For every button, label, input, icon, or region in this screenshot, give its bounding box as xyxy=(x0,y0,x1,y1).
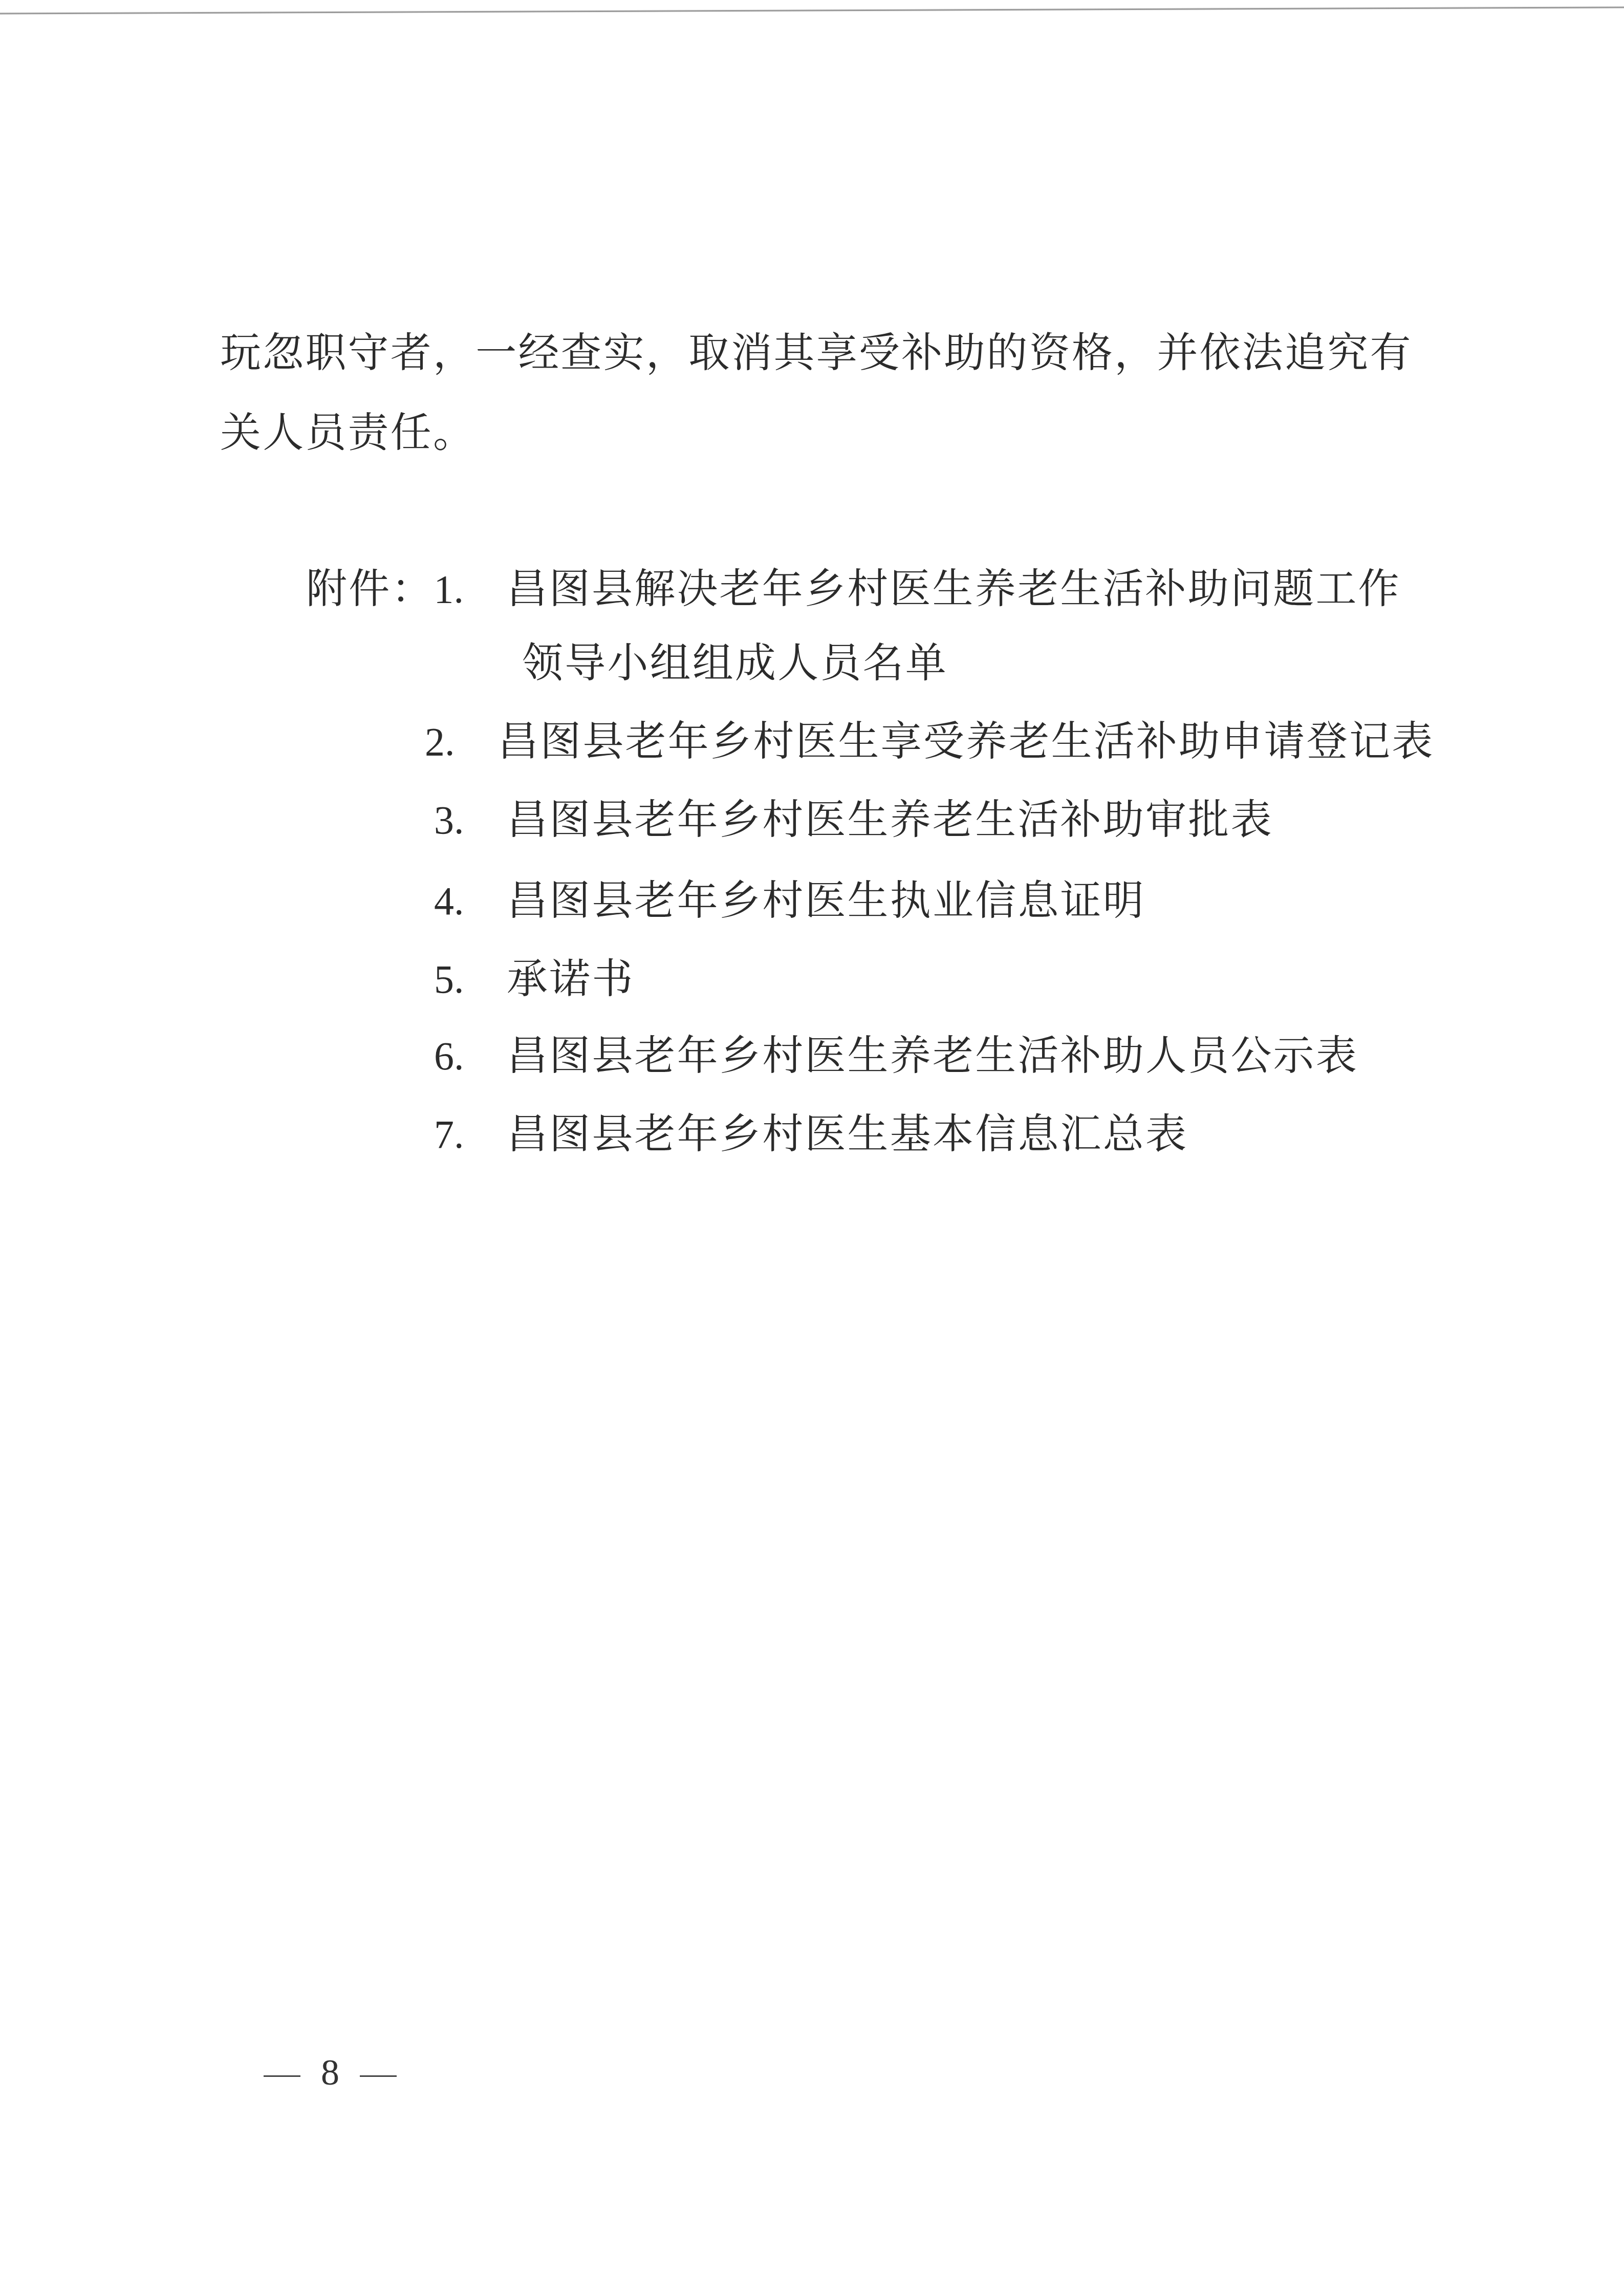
attachment-item-3: 3.昌图县老年乡村医生养老生活补助审批表 xyxy=(434,795,1273,845)
attachment-1-continuation: 领导小组组成人员名单 xyxy=(522,638,948,688)
attachment-number: 3. xyxy=(434,796,507,845)
attachment-text: 承诺书 xyxy=(507,955,635,1002)
attachment-number: 5. xyxy=(434,955,507,1004)
attachment-number: 6. xyxy=(434,1032,507,1081)
attachment-item-2: 2.昌图县老年乡村医生享受养老生活补助申请登记表 xyxy=(425,717,1434,766)
attachment-number: 2. xyxy=(425,717,497,766)
scan-edge-line xyxy=(0,6,1624,15)
attachment-text: 昌图县老年乡村医生养老生活补助人员公示表 xyxy=(507,1032,1358,1079)
attachment-text: 昌图县老年乡村医生执业信息证明 xyxy=(507,876,1145,924)
attachment-item-7: 7.昌图县老年乡村医生基本信息汇总表 xyxy=(434,1109,1188,1159)
page-number: 8 xyxy=(264,2052,397,2093)
attachments-label-text: 附件： xyxy=(306,565,434,612)
attachment-text: 昌图县老年乡村医生享受养老生活补助申请登记表 xyxy=(497,717,1434,765)
page-number-value: 8 xyxy=(321,2052,339,2093)
body-paragraph-line-2: 关人员责任。 xyxy=(220,408,475,457)
body-paragraph-line-1: 玩忽职守者，一经查实，取消其享受补助的资格，并依法追究有 xyxy=(220,328,1413,377)
attachment-number: 7. xyxy=(434,1110,507,1159)
attachment-number: 4. xyxy=(434,876,507,926)
page-number-dash-left xyxy=(264,2075,300,2077)
attachment-text: 昌图县解决老年乡村医生养老生活补助问题工作 xyxy=(507,565,1401,612)
attachment-item-5: 5.承诺书 xyxy=(434,954,635,1004)
attachment-item-4: 4.昌图县老年乡村医生执业信息证明 xyxy=(434,876,1145,926)
attachments-label: 附件：1.昌图县解决老年乡村医生养老生活补助问题工作 xyxy=(306,564,1401,614)
attachment-text: 昌图县老年乡村医生养老生活补助审批表 xyxy=(507,796,1273,843)
attachment-number: 1. xyxy=(434,565,507,614)
attachment-item-6: 6.昌图县老年乡村医生养老生活补助人员公示表 xyxy=(434,1031,1358,1081)
page-number-dash-right xyxy=(360,2075,397,2077)
attachment-text: 昌图县老年乡村医生基本信息汇总表 xyxy=(507,1110,1188,1157)
